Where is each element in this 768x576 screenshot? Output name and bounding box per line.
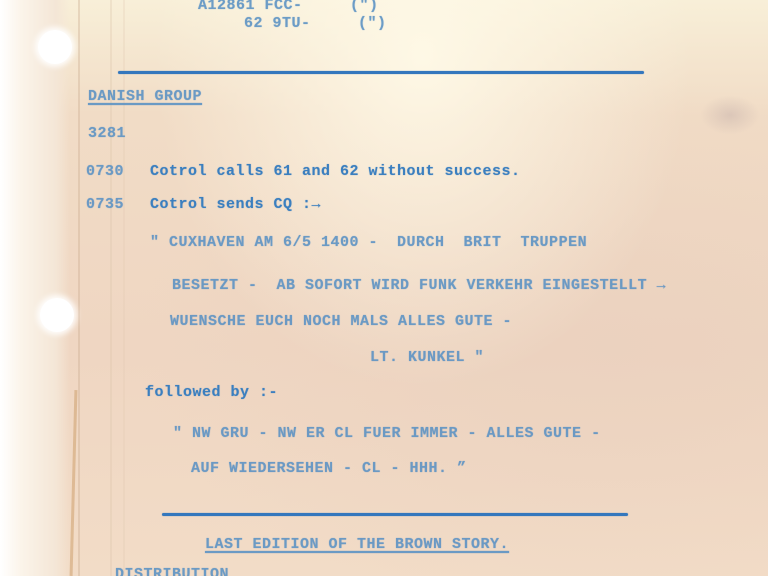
- punch-hole: [40, 298, 74, 332]
- message-signature: LT. KUNKEL ": [370, 349, 484, 366]
- paper-crease: [110, 0, 112, 576]
- footer-partial-text: DISTRIBUTION: [115, 566, 229, 576]
- paper-crease: [123, 0, 125, 576]
- header-callsign-line-2: 62 9TU- ("): [244, 15, 387, 32]
- punch-hole: [38, 30, 72, 64]
- message-line: AUF WIEDERSEHEN - CL - HHH. ”: [191, 460, 467, 477]
- header-callsign-line-1: A12861 FCC- ("): [198, 0, 379, 14]
- log-entry-text: Cotrol calls 61 and 62 without success.: [150, 163, 521, 180]
- message-line: BESETZT - AB SOFORT WIRD FUNK VERKEHR EI…: [172, 277, 666, 294]
- scanned-document-page: A12861 FCC- (") 62 9TU- (") DANISH GROUP…: [0, 0, 768, 576]
- paper-fold: [70, 390, 78, 576]
- torn-left-margin: [0, 0, 70, 576]
- log-entry-time: 0735: [86, 196, 124, 213]
- section-title: DANISH GROUP: [88, 88, 202, 105]
- message-line: " CUXHAVEN AM 6/5 1400 - DURCH BRIT TRUP…: [150, 234, 587, 251]
- message-line: WUENSCHE EUCH NOCH MALS ALLES GUTE -: [170, 313, 512, 330]
- followed-by-label: followed by :-: [145, 384, 278, 401]
- closing-title: LAST EDITION OF THE BROWN STORY.: [205, 536, 509, 553]
- paper-smudge: [700, 95, 760, 135]
- message-line: " NW GRU - NW ER CL FUER IMMER - ALLES G…: [173, 425, 601, 442]
- paper-crease: [78, 0, 80, 576]
- log-entry-time: 3281: [88, 125, 126, 142]
- divider-rule: [162, 513, 628, 516]
- log-entry-text: Cotrol sends CQ :→: [150, 196, 321, 213]
- log-entry-time: 0730: [86, 163, 124, 180]
- divider-rule: [118, 71, 644, 74]
